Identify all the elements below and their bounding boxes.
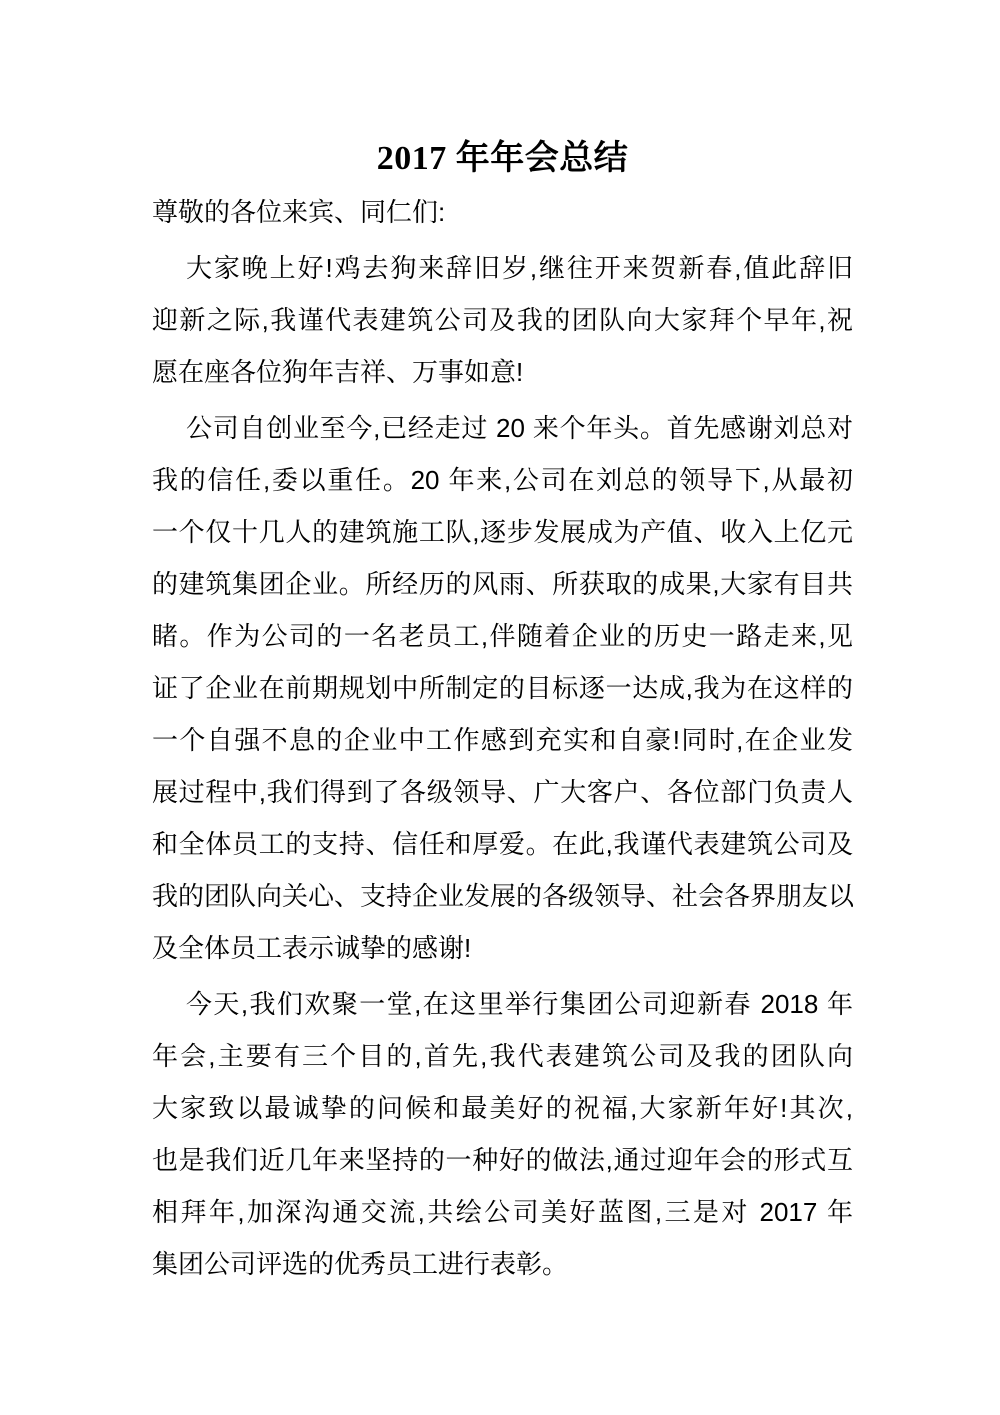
text-line: 迎新之际,我谨代表建筑公司及我的团队向大家拜个早年,祝 (152, 294, 853, 346)
text-line: 睹。作为公司的一名老员工,伴随着企业的历史一路走来,见 (152, 610, 853, 662)
text-line: 年会,主要有三个目的,首先,我代表建筑公司及我的团队向 (152, 1030, 853, 1082)
text-line: 一个仅十几人的建筑施工队,逐步发展成为产值、收入上亿元 (152, 506, 853, 558)
text-line: 大家致以最诚挚的问候和最美好的祝福,大家新年好!其次, (152, 1082, 853, 1134)
document-title: 2017 年年会总结 (152, 136, 853, 182)
text-line: 我的团队向关心、支持企业发展的各级领导、社会各界朋友以 (152, 870, 853, 922)
text-line: 集团公司评选的优秀员工进行表彰。 (152, 1238, 853, 1290)
text-line: 及全体员工表示诚挚的感谢! (152, 922, 853, 974)
text-line: 证了企业在前期规划中所制定的目标逐一达成,我为在这样的 (152, 662, 853, 714)
text-line: 也是我们近几年来坚持的一种好的做法,通过迎年会的形式互 (152, 1134, 853, 1186)
text-line: 一个自强不息的企业中工作感到充实和自豪!同时,在企业发 (152, 714, 853, 766)
paragraph-2: 公司自创业至今,已经走过 20 来个年头。首先感谢刘总对 我的信任,委以重任。2… (152, 402, 853, 974)
document-page: 2017 年年会总结 尊敬的各位来宾、同仁们: 大家晚上好!鸡去狗来辞旧岁,继往… (0, 0, 1000, 1415)
text-line: 公司自创业至今,已经走过 20 来个年头。首先感谢刘总对 (152, 402, 853, 454)
document-content: 2017 年年会总结 尊敬的各位来宾、同仁们: 大家晚上好!鸡去狗来辞旧岁,继往… (0, 0, 1000, 1290)
text-line: 今天,我们欢聚一堂,在这里举行集团公司迎新春 2018 年 (152, 978, 853, 1030)
text-line: 的建筑集团企业。所经历的风雨、所获取的成果,大家有目共 (152, 558, 853, 610)
text-line: 展过程中,我们得到了各级领导、广大客户、各位部门负责人 (152, 766, 853, 818)
paragraph-3: 今天,我们欢聚一堂,在这里举行集团公司迎新春 2018 年 年会,主要有三个目的… (152, 978, 853, 1290)
text-line: 我的信任,委以重任。20 年来,公司在刘总的领导下,从最初 (152, 454, 853, 506)
paragraph-1: 大家晚上好!鸡去狗来辞旧岁,继往开来贺新春,值此辞旧 迎新之际,我谨代表建筑公司… (152, 242, 853, 398)
text-line: 相拜年,加深沟通交流,共绘公司美好蓝图,三是对 2017 年 (152, 1186, 853, 1238)
text-line: 大家晚上好!鸡去狗来辞旧岁,继往开来贺新春,值此辞旧 (152, 242, 853, 294)
text-line: 和全体员工的支持、信任和厚爱。在此,我谨代表建筑公司及 (152, 818, 853, 870)
salutation-line: 尊敬的各位来宾、同仁们: (152, 186, 853, 238)
text-line: 愿在座各位狗年吉祥、万事如意! (152, 346, 853, 398)
